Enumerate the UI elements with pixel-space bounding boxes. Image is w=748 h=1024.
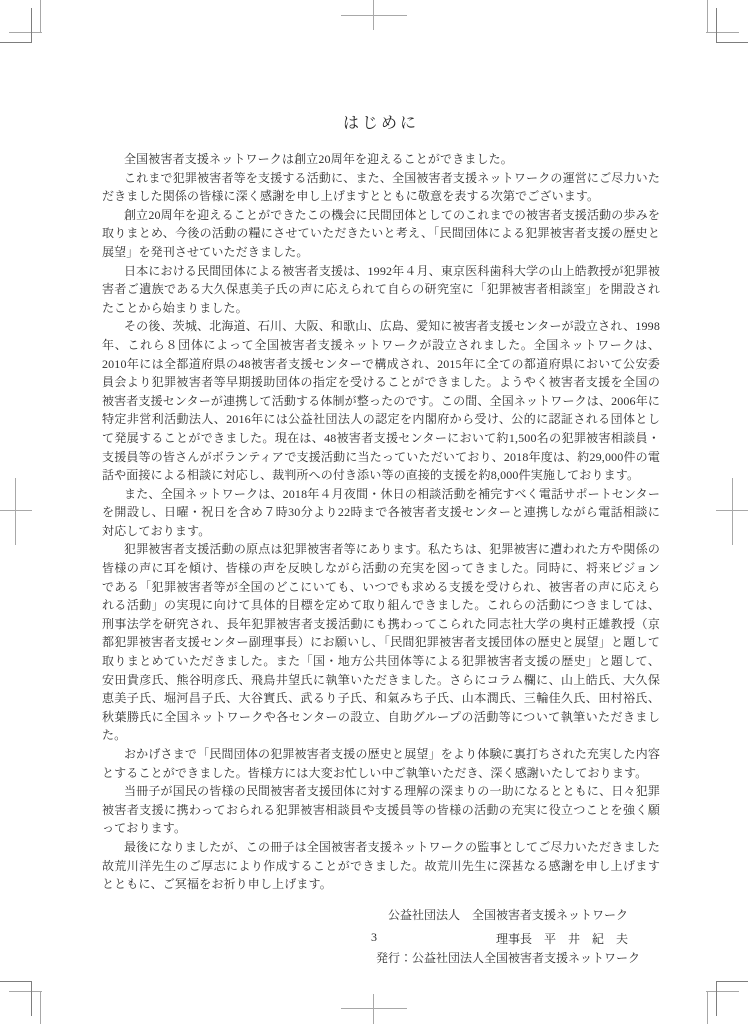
paragraph: また、全国ネットワークは、2018年４月夜間・休日の相談活動を補完すべく電話サポ… <box>102 485 660 541</box>
paragraph: 当冊子が国民の皆様の民間被害者支援団体に対する理解の深まりの一助になるとともに、… <box>102 782 660 838</box>
page-title: はじめに <box>102 113 660 135</box>
publisher-line: 発行：公益社団法人全国被害者支援ネットワーク <box>376 950 640 966</box>
paragraph: 最後になりましたが、この冊子は全国被害者支援ネットワークの監事としてご尽力いただ… <box>102 838 660 894</box>
paragraph: 犯罪被害者支援活動の原点は犯罪被害者等にあります。私たちは、犯罪被害に遭われた方… <box>102 540 660 745</box>
paragraph: 創立20周年を迎えることができたこの機会に民間団体としてのこれまでの被害者支援活… <box>102 206 660 262</box>
paragraph: これまで犯罪被害者等を支援する活動に、また、全国被害者支援ネットワークの運営にご… <box>102 169 660 206</box>
paragraph: 日本における民間団体による被害者支援は、1992年４月、東京医科歯科大学の山上皓… <box>102 262 660 318</box>
text-column: はじめに 全国被害者支援ネットワークは創立20周年を迎えることができました。これ… <box>102 0 660 951</box>
body-paragraphs: 全国被害者支援ネットワークは創立20周年を迎えることができました。これまで犯罪被… <box>102 150 660 894</box>
paragraph: おかげさまで「民間団体の犯罪被害者支援の歴史と展望」をより体験に裏打ちされた充実… <box>102 745 660 782</box>
paragraph: その後、茨城、北海道、石川、大阪、和歌山、広島、愛知に被害者支援センターが設立さ… <box>102 317 660 484</box>
paragraph: 全国被害者支援ネットワークは創立20周年を迎えることができました。 <box>102 150 660 169</box>
signature-organization: 公益社団法人 全国被害者支援ネットワーク <box>102 903 628 927</box>
page-number: 3 <box>0 929 748 945</box>
document-page: はじめに 全国被害者支援ネットワークは創立20周年を迎えることができました。これ… <box>0 0 748 1024</box>
